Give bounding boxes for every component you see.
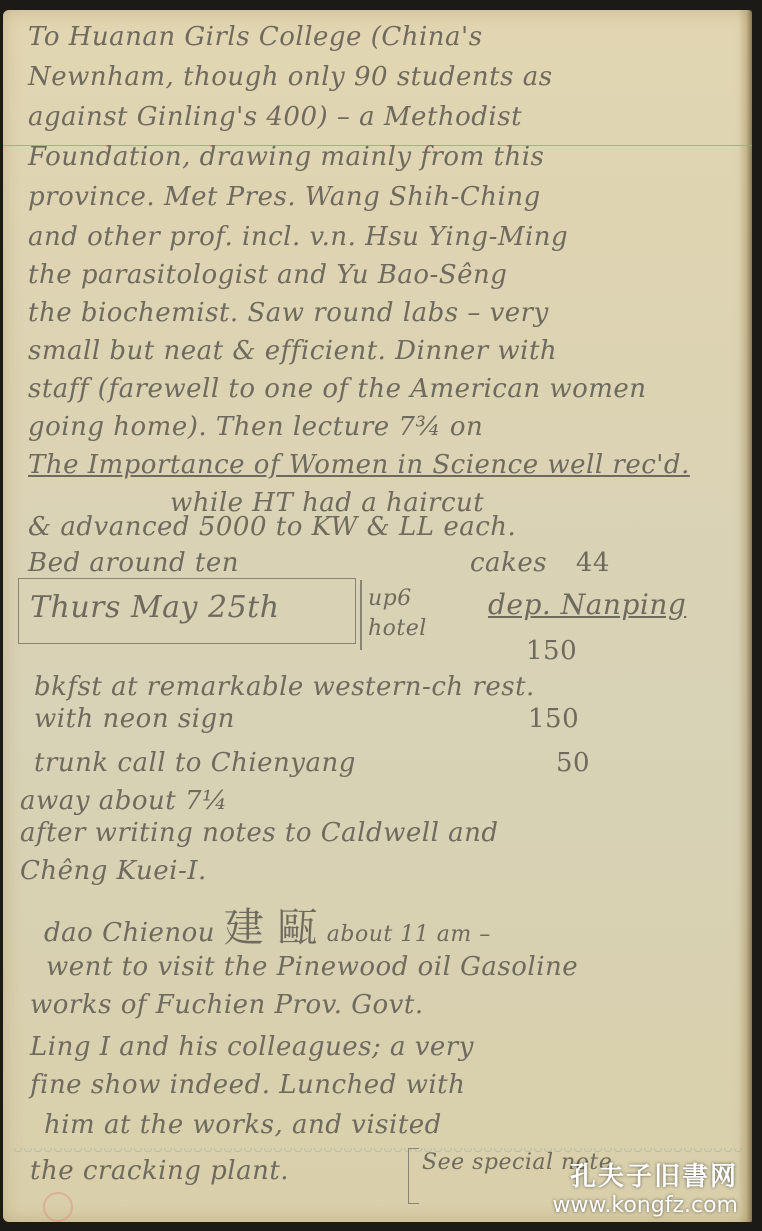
- diary-line-7: the parasitologist and Yu Bao-Sêng: [28, 260, 507, 290]
- departure-heading: dep. Nanping: [488, 588, 686, 621]
- diary-line-12-lecture-title: The Importance of Women in Science well …: [28, 450, 690, 480]
- diary-line-9: small but neat & efficient. Dinner with: [28, 336, 557, 366]
- closing-line-3: Ling I and his colleagues; a very: [30, 1032, 474, 1062]
- diary-line-10: staff (farewell to one of the American w…: [28, 374, 647, 404]
- diary-line-5: province. Met Pres. Wang Shih-Ching: [28, 182, 541, 212]
- arrival-line: dao Chienou 建 甌 about 11 am –: [44, 896, 491, 953]
- entry-breakfast: bkfst at remarkable western-ch rest.: [34, 672, 535, 702]
- diary-line-6: and other prof. incl. v.n. Hsu Ying-Ming: [28, 222, 568, 252]
- watermark: 孔夫子旧書网 www.kongfz.com: [552, 1156, 738, 1218]
- diary-line-2: Newnham, though only 90 students as: [28, 62, 553, 92]
- side-note-line-1: up6: [368, 586, 412, 611]
- entry-trunk-call-amount: 50: [556, 748, 590, 778]
- expense-label: cakes: [470, 548, 547, 578]
- closing-line-6: the cracking plant.: [30, 1156, 289, 1186]
- entry-neon-sign: with neon sign: [34, 704, 235, 734]
- entry-neon-sign-amount: 150: [528, 704, 579, 734]
- side-note-line-2: hotel: [368, 616, 427, 641]
- watermark-chinese: 孔夫子旧書网: [552, 1156, 738, 1193]
- diary-line-14: & advanced 5000 to KW & LL each.: [28, 512, 516, 542]
- note-bracket: [408, 1148, 419, 1204]
- expense-cakes: cakes 44: [470, 548, 610, 578]
- place-name-chinese: 建 甌: [224, 905, 318, 951]
- diary-line-11: going home). Then lecture 7¾ on: [28, 412, 483, 442]
- page-spine-shadow: [738, 10, 752, 1222]
- closing-line-4: fine show indeed. Lunched with: [30, 1070, 465, 1100]
- faded-red-stamp: [43, 1192, 73, 1222]
- date-heading: Thurs May 25th: [30, 590, 280, 625]
- expense-amount: 44: [576, 548, 610, 578]
- closing-line-5: him at the works, and visited: [44, 1110, 442, 1140]
- diary-line-8: the biochemist. Saw round labs – very: [28, 298, 549, 328]
- entry-away: away about 7¼: [20, 786, 228, 816]
- closing-line-1: went to visit the Pinewood oil Gasoline: [46, 952, 578, 982]
- arrival-prefix: dao Chienou: [44, 918, 215, 948]
- diary-line-1: To Huanan Girls College (China's: [28, 22, 483, 52]
- hotel-amount: 150: [526, 636, 577, 666]
- entry-cheng: Chêng Kuei-I.: [20, 856, 207, 886]
- diary-line-4: Foundation, drawing mainly from this: [28, 142, 544, 172]
- diary-line-3: against Ginling's 400) – a Methodist: [28, 102, 522, 132]
- wavy-divider-line: [13, 1148, 742, 1154]
- entry-trunk-call: trunk call to Chienyang: [34, 748, 356, 778]
- entry-notes: after writing notes to Caldwell and: [20, 818, 499, 848]
- arrival-time: about 11 am –: [327, 922, 491, 947]
- date-box-divider: [360, 580, 362, 650]
- watermark-url: www.kongfz.com: [552, 1193, 738, 1218]
- diary-line-15: Bed around ten: [28, 548, 239, 578]
- closing-line-2: works of Fuchien Prov. Govt.: [30, 990, 424, 1020]
